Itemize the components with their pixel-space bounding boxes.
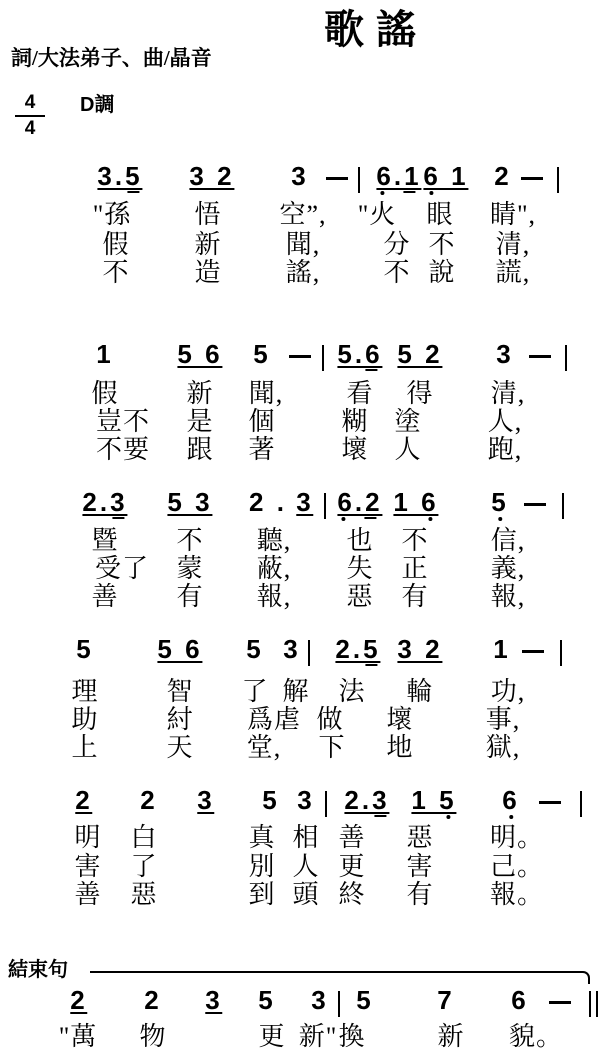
duration-dash [529,355,551,358]
note-token: 1 [96,342,113,366]
lyric-text: 了 [241,678,268,706]
note-token: 1 [493,637,510,661]
lyric-text: 輪 [406,678,433,706]
lyric-text: 義, [491,555,526,583]
note-token: 3 2 [189,164,234,190]
lyric-text: 正 [401,555,428,583]
note-token: 3 [283,637,300,661]
lyric-text: 聞, [249,380,284,408]
barline [580,791,582,817]
lyric-text: 塗 [394,408,421,436]
note-token: 2 [494,164,511,188]
sixteenth-dash [366,369,378,371]
lyric-text: 是 [186,408,213,436]
lyric-text: 蔽, [257,555,292,583]
lyric-text: 人 [292,853,319,881]
note-token: 5 [253,342,270,366]
lyric-text: 紂 [166,706,193,734]
note-token: 6 [511,988,528,1012]
lyric-text: 更 [338,853,365,881]
lyric-text: 真 [248,824,275,852]
song-title: 歌謠 [324,10,428,50]
lyric-text: 聽, [257,527,292,555]
lyric-text: 事, [486,706,521,734]
note-token: 7 [437,988,454,1012]
note-token: 1 6 [393,490,438,516]
lyric-text: 個 [248,408,275,436]
lyric-text: 解 [282,678,309,706]
lyric-text: 智 [166,678,193,706]
lyric-text: 有 [176,583,203,611]
lyric-text: 天 [166,734,193,762]
lyric-text: "孫 [93,201,132,229]
lyric-text: 頭 [292,881,319,909]
time-signature-numerator: 4 [15,93,45,117]
note-token: 5 [262,788,279,812]
lyric-text: 功, [491,678,526,706]
duration-dash [522,650,544,653]
barline [322,345,324,371]
lyric-text: 更 [258,1023,285,1051]
note-token: 3 [291,164,308,188]
lyric-text: 明 [74,824,101,852]
lyric-text: 物 [139,1023,166,1051]
note-token: 5 [76,637,93,661]
lyric-text: 到 [248,881,275,909]
lyric-text: 睛", [490,201,536,229]
note-token: 6 [502,788,519,812]
octave-dot [428,517,432,521]
note-token: 2.3 [82,490,127,516]
lyric-text: 爲虐 [247,706,301,734]
lyric-text: 新 [186,380,213,408]
lyric-text: 助 [71,706,98,734]
lyric-text: 蒙 [176,555,203,583]
lyric-text: 了 [130,853,157,881]
note-token: 3 [311,988,328,1012]
note-token: 5 2 [397,342,442,368]
octave-dot [381,191,385,195]
lyric-text: 換 [338,1023,365,1051]
lyric-text: 理 [71,678,98,706]
final-barline [589,991,598,1017]
duration-dash [549,1001,571,1004]
lyric-text: 謊, [496,259,531,287]
lyric-text: 眼 [426,201,453,229]
lyric-text: 善 [91,583,118,611]
time-signature-denominator: 4 [15,119,45,138]
barline [560,640,562,666]
lyric-text: "火 [358,201,397,229]
lyric-text: 善 [338,824,365,852]
sheet-music-page: 歌謠 詞/大法弟子、曲/晶音 4 4 D調 3.53 236.16 12"孫悟空… [0,0,600,1055]
lyric-text: 清, [491,380,526,408]
sixteenth-dash [366,664,378,666]
lyric-text: 空”, [279,201,326,229]
lyric-text: 也 [346,527,373,555]
note-token: 2 [70,988,87,1014]
barline [338,991,340,1017]
lyric-text: 有 [406,881,433,909]
note-token: 5 [356,988,373,1012]
barline [565,345,567,371]
lyric-text: 害 [406,853,433,881]
note-token: 1 5 [411,788,456,814]
lyric-text: 跟 [186,436,213,464]
credits-line: 詞/大法弟子、曲/晶音 [11,48,212,69]
lyric-text: 惡 [406,824,433,852]
lyric-text: 糊 [341,408,368,436]
lyric-text: 相 [292,824,319,852]
note-token: 6.1 [376,164,421,190]
lyric-text: 假 [102,231,129,259]
lyric-text: 別 [248,853,275,881]
note-token: 2 [144,988,161,1012]
lyric-text: 清, [496,231,531,259]
lyric-text: 報。 [490,881,544,909]
octave-dot [342,517,346,521]
octave-dot [498,517,502,521]
octave-dot [446,815,450,819]
lyric-text: 法 [338,678,365,706]
note-token: 5 [246,637,263,661]
note-token: 3 [205,988,222,1014]
sixteenth-dash [128,191,140,193]
lyric-text: 不 [102,259,129,287]
barline [557,167,559,193]
duration-dash [524,503,546,506]
note-token: 5 6 [177,342,222,368]
lyric-text: 惡 [346,583,373,611]
lyric-text: 不 [383,259,410,287]
lyric-text: 豈不 [96,408,150,436]
note-token: 2 [75,788,92,814]
lyric-text: 謠, [286,259,321,287]
sixteenth-dash [113,517,125,519]
note-token: 5 3 [167,490,212,516]
note-token: 5 [491,490,508,514]
ending-phrase-label: 結束句 [8,960,68,980]
lyric-text: 悟 [194,201,221,229]
lyric-text: 獄, [486,734,521,762]
lyric-text: 堂, [247,734,282,762]
lyric-text: 人 [394,436,421,464]
lyric-text: 壞 [386,706,413,734]
note-token: 3 2 [397,637,442,663]
barline [324,493,326,519]
time-signature: 4 4 [15,93,45,138]
note-token: 3 [297,788,314,812]
lyric-text: 不要 [96,436,150,464]
lyric-text: 下 [318,734,345,762]
lyric-text: 己。 [490,853,544,881]
note-token: 5 6 [157,637,202,663]
lyric-text: 上 [71,734,98,762]
lyric-text: 惡 [130,881,157,909]
lyric-text: 善 [74,881,101,909]
lyric-text: 分 [383,231,410,259]
barline [325,791,327,817]
lyric-text: "萬 [59,1023,98,1051]
lyric-text: 做 [316,706,343,734]
lyric-text: 看 [346,380,373,408]
lyric-text: 著 [248,436,275,464]
barline [358,167,360,193]
lyric-text: 人, [488,408,523,436]
lyric-text: 白 [130,824,157,852]
lyric-text: 不 [176,527,203,555]
note-token: 3 [197,788,214,814]
duration-dash [521,177,543,180]
note-token: 6.2 [337,490,382,516]
note-token: 5.6 [337,342,382,368]
lyric-text: 跑, [488,436,523,464]
octave-dot [509,815,513,819]
lyric-text: 假 [91,380,118,408]
key-label: D調 [80,95,114,115]
lyric-text: 明。 [490,824,544,852]
lyric-text: 暨 [91,527,118,555]
sixteenth-dash [364,517,376,519]
lyric-text: 得 [406,380,433,408]
lyric-text: 說 [428,259,455,287]
lyric-text: 新" [299,1023,338,1051]
lyric-text: 受了 [95,555,149,583]
note-token: 2.3 [344,788,389,814]
lyric-text: 有 [401,583,428,611]
lyric-text: 不 [428,231,455,259]
lyric-text: 不 [401,527,428,555]
note-token: 3.5 [97,164,142,190]
note-token: 2 [140,788,157,812]
lyric-text: 地 [386,734,413,762]
lyric-text: 信, [491,527,526,555]
lyric-text: 壞 [341,436,368,464]
lyric-text: 造 [194,259,221,287]
note-token: 3 [496,342,513,366]
barline [308,640,310,666]
lyric-text: 聞, [286,231,321,259]
note-token: 3 [296,490,313,516]
lyric-text: 失 [346,555,373,583]
lyric-text: 害 [74,853,101,881]
note-token: 2 . [249,490,287,514]
note-token: 5 [258,988,275,1012]
note-token: 2.5 [335,637,380,663]
note-token: 6 1 [423,164,468,190]
lyric-text: 新 [194,231,221,259]
duration-dash [289,355,311,358]
duration-dash [326,177,348,180]
sixteenth-dash [403,191,415,193]
lyric-text: 貌。 [509,1023,563,1051]
sixteenth-dash [375,815,387,817]
duration-dash [539,801,561,804]
lyric-text: 終 [338,881,365,909]
lyric-text: 報, [491,583,526,611]
lyric-text: 報, [257,583,292,611]
barline [562,493,564,519]
lyric-text: 新 [437,1023,464,1051]
octave-dot [430,191,434,195]
ending-phrase-bracket [90,971,590,984]
